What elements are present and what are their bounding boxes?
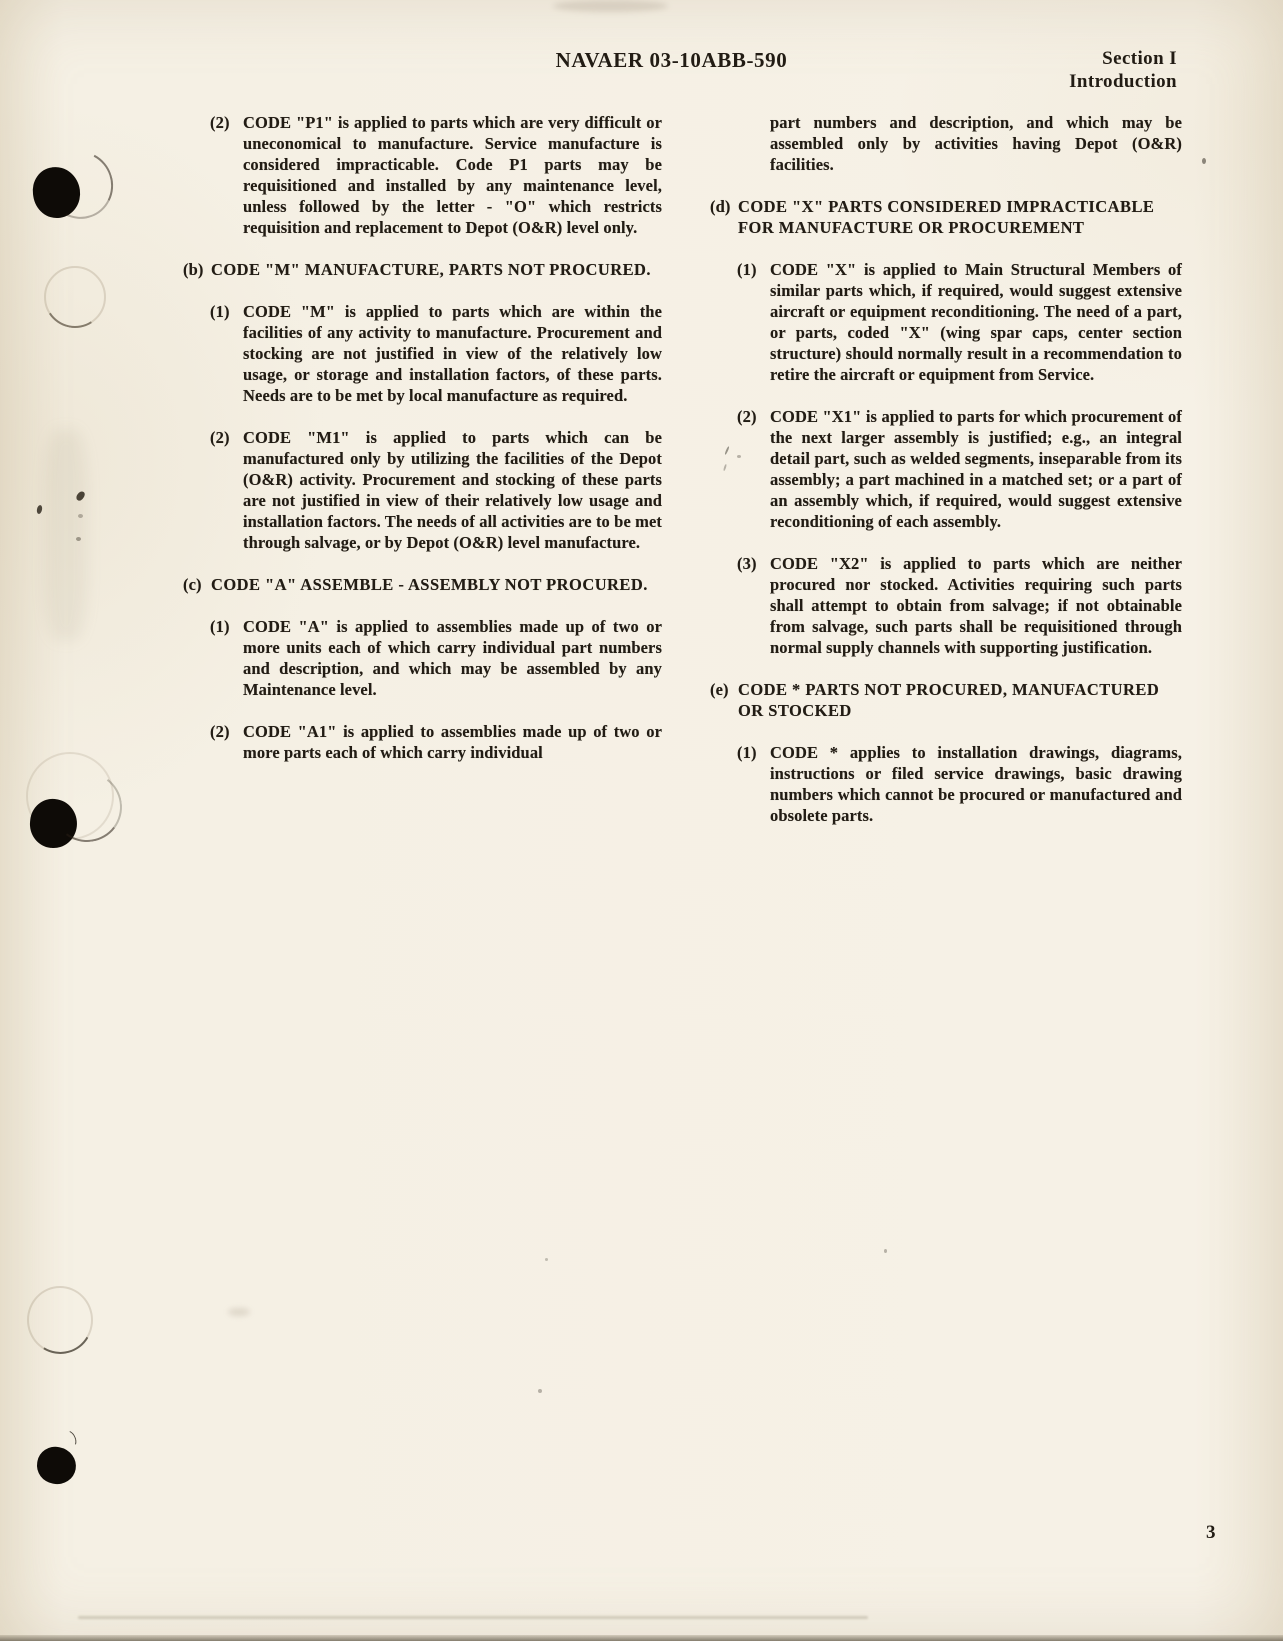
section-label: Section I	[1069, 47, 1177, 70]
paragraph-text: CODE "X1" is applied to parts for which …	[770, 406, 1182, 532]
scan-smudge	[553, 0, 668, 12]
paragraph-text: CODE "A" is applied to assemblies made u…	[243, 616, 662, 700]
paragraph-m1: (2) CODE "M1" is applied to parts which …	[210, 427, 662, 553]
heading-label: (d)	[710, 196, 730, 217]
punch-hole-shadow	[20, 1279, 100, 1361]
paragraph-label: (1)	[737, 259, 757, 280]
scan-speck	[538, 1389, 542, 1393]
paragraph-label: (3)	[737, 553, 757, 574]
paragraph-star: (1) CODE * applies to installation drawi…	[737, 742, 1182, 826]
paragraph-label: (2)	[210, 721, 230, 742]
paragraph-label: (1)	[737, 742, 757, 763]
paragraph-text: CODE "X" is applied to Main Structural M…	[770, 259, 1182, 385]
scan-speck	[884, 1249, 887, 1253]
punch-hole-shadow	[38, 260, 112, 334]
paragraph-m: (1) CODE "M" is applied to parts which a…	[210, 301, 662, 406]
paragraph-a: (1) CODE "A" is applied to assemblies ma…	[210, 616, 662, 700]
paragraph-label: (1)	[210, 301, 230, 322]
scan-smudge	[228, 1308, 250, 1316]
scan-bottom-edge	[0, 1635, 1283, 1641]
ink-blot	[34, 1444, 79, 1487]
paragraph-p1: (2) CODE "P1" is applied to parts which …	[210, 112, 662, 238]
heading-code-m: (b) CODE "M" MANUFACTURE, PARTS NOT PROC…	[183, 259, 662, 280]
scanned-document-page: NAVAER 03-10ABB-590 Section I Introducti…	[0, 0, 1283, 1641]
heading-text: CODE * PARTS NOT PROCURED, MANUFACTURED …	[738, 679, 1182, 721]
right-column: part numbers and description, and which …	[710, 112, 1182, 847]
paragraph-x1: (2) CODE "X1" is applied to parts for wh…	[737, 406, 1182, 532]
paragraph-label: (2)	[737, 406, 757, 427]
paragraph-label: (2)	[210, 427, 230, 448]
paragraph-text: CODE * applies to installation drawings,…	[770, 742, 1182, 826]
paragraph-text: CODE "M1" is applied to parts which can …	[243, 427, 662, 553]
paragraph-a1-continuation: part numbers and description, and which …	[770, 112, 1182, 175]
scan-speck	[545, 1258, 548, 1261]
section-header: Section I Introduction	[1069, 47, 1177, 93]
heading-text: CODE "M" MANUFACTURE, PARTS NOT PROCURED…	[211, 259, 662, 280]
heading-code-x: (d) CODE "X" PARTS CONSIDERED IMPRACTICA…	[710, 196, 1182, 238]
left-column: (2) CODE "P1" is applied to parts which …	[183, 112, 662, 784]
heading-label: (e)	[710, 679, 729, 700]
scan-speck	[36, 505, 43, 515]
paragraph-text: CODE "P1" is applied to parts which are …	[243, 112, 662, 238]
heading-text: CODE "X" PARTS CONSIDERED IMPRACTICABLE …	[738, 196, 1182, 238]
heading-code-star: (e) CODE * PARTS NOT PROCURED, MANUFACTU…	[710, 679, 1182, 721]
paragraph-label: (2)	[210, 112, 230, 133]
section-title: Introduction	[1069, 70, 1177, 93]
heading-code-a: (c) CODE "A" ASSEMBLE - ASSEMBLY NOT PRO…	[183, 574, 662, 595]
paragraph-a1: (2) CODE "A1" is applied to assemblies m…	[210, 721, 662, 763]
heading-text: CODE "A" ASSEMBLE - ASSEMBLY NOT PROCURE…	[211, 574, 662, 595]
heading-label: (b)	[183, 259, 203, 280]
scan-speck	[1202, 158, 1206, 164]
paragraph-x: (1) CODE "X" is applied to Main Structur…	[737, 259, 1182, 385]
scan-speck	[737, 455, 741, 458]
heading-label: (c)	[183, 574, 202, 595]
paragraph-text: CODE "A1" is applied to assemblies made …	[243, 721, 662, 763]
paragraph-text: CODE "M" is applied to parts which are w…	[243, 301, 662, 406]
scan-artifact-line	[78, 1616, 868, 1619]
scan-smudge	[45, 430, 87, 640]
paragraph-label: (1)	[210, 616, 230, 637]
paragraph-x2: (3) CODE "X2" is applied to parts which …	[737, 553, 1182, 658]
paragraph-text: CODE "X2" is applied to parts which are …	[770, 553, 1182, 658]
page-number: 3	[1206, 1522, 1216, 1544]
